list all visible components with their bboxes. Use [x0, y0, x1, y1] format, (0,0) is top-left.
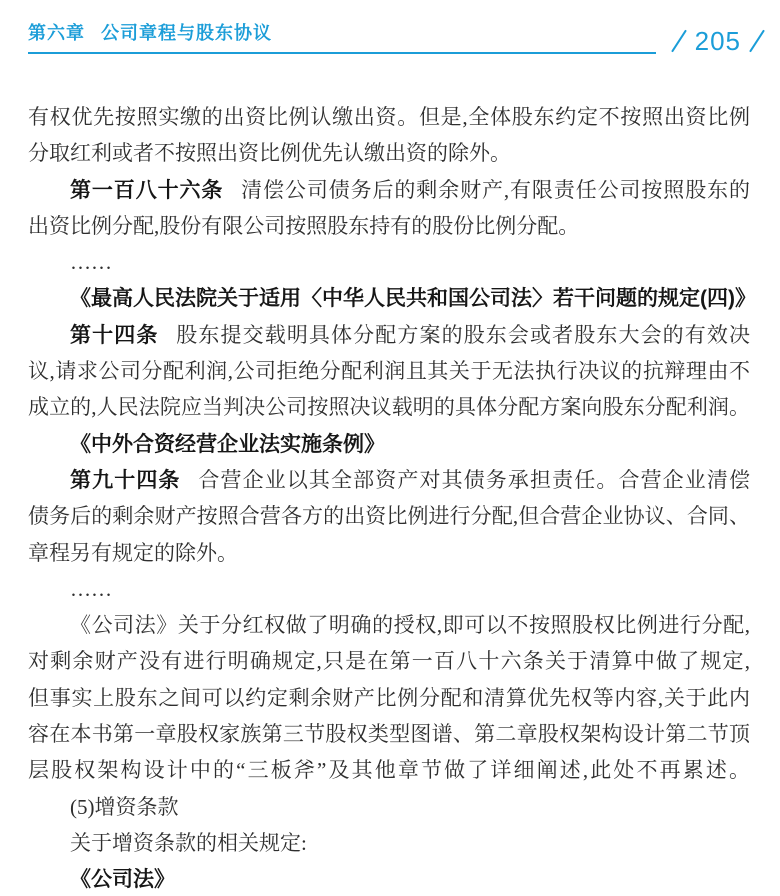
text-line: 关于增资条款的相关规定: [28, 825, 750, 861]
text-run: 但事实上股东之间可以约定剩余财产比例分配和清算优先权等内容,关于此内 [28, 686, 750, 710]
slash-mark-right [749, 30, 765, 53]
bold-run: 第九十四条 [70, 469, 181, 492]
text-run: 层股权架构设计中的“三板斧”及其他章节做了详细阐述,此处不再累述。 [28, 758, 750, 782]
text-run: 成立的,人民法院应当判决公司按照决议载明的具体分配方案向股东分配利润。 [28, 395, 750, 419]
text-line: (5)增资条款 [28, 789, 750, 825]
text-line: 但事实上股东之间可以约定剩余财产比例分配和清算优先权等内容,关于此内 [28, 680, 750, 716]
text-line: 债务后的剩余财产按照合营各方的出资比例进行分配,但合营企业协议、合同、 [28, 498, 750, 534]
text-line: 成立的,人民法院应当判决公司按照决议载明的具体分配方案向股东分配利润。 [28, 389, 750, 425]
text-line: 章程另有规定的除外。 [28, 535, 750, 571]
text-run: 出资比例分配,股份有限公司按照股东持有的股份比例分配。 [28, 214, 579, 238]
bold-run: 《公司法》 [70, 868, 175, 891]
bold-run: 《最高人民法院关于适用〈中华人民共和国公司法〉若干问题的规定(四)》 [70, 287, 756, 310]
text-line: 第九十四条合营企业以其全部资产对其债务承担责任。合营企业清偿 [28, 462, 750, 498]
text-run: 有权优先按照实缴的出资比例认缴出资。但是,全体股东约定不按照出资比例 [28, 105, 750, 129]
text-line: 容在本书第一章股权家族第三节股权类型图谱、第二章股权架构设计第二节顶 [28, 716, 750, 752]
text-run: 债务后的剩余财产按照合营各方的出资比例进行分配,但合营企业协议、合同、 [28, 504, 750, 528]
text-run: 合营企业以其全部资产对其债务承担责任。合营企业清偿 [198, 468, 750, 492]
text-line: 层股权架构设计中的“三板斧”及其他章节做了详细阐述,此处不再累述。 [28, 752, 750, 788]
text-line: 《最高人民法院关于适用〈中华人民共和国公司法〉若干问题的规定(四)》 [28, 280, 750, 316]
bold-run: 《中外合资经营企业法实施条例》 [70, 433, 385, 456]
text-run: (5)增资条款 [70, 795, 179, 819]
text-run: 《公司法》关于分红权做了明确的授权,即可以不按照股权比例进行分配, [70, 613, 750, 637]
text-line: …… [28, 571, 750, 607]
slash-mark-left [671, 30, 687, 53]
page-number-group: 205 [678, 28, 758, 54]
chapter-title: 公司章程与股东协议 [101, 23, 272, 43]
book-page: 第六章公司章程与股东协议 205 有权优先按照实缴的出资比例认缴出资。但是,全体… [0, 0, 780, 896]
text-run: 章程另有规定的除外。 [28, 541, 238, 565]
text-line: 出资比例分配,股份有限公司按照股东持有的股份比例分配。 [28, 208, 750, 244]
text-run: 清偿公司债务后的剩余财产,有限责任公司按照股东的 [241, 178, 750, 202]
text-run: 容在本书第一章股权家族第三节股权类型图谱、第二章股权架构设计第二节顶 [28, 722, 750, 746]
page-number: 205 [695, 28, 741, 54]
bold-run: 第一百八十六条 [70, 179, 223, 202]
text-run: …… [70, 250, 112, 274]
page-body: 有权优先按照实缴的出资比例认缴出资。但是,全体股东约定不按照出资比例分取红利或者… [28, 99, 750, 896]
text-line: 《公司法》关于分红权做了明确的授权,即可以不按照股权比例进行分配, [28, 607, 750, 643]
text-run: 关于增资条款的相关规定: [70, 831, 307, 855]
text-line: …… [28, 244, 750, 280]
text-run: 股东提交载明具体分配方案的股东会或者股东大会的有效决 [176, 323, 750, 347]
bold-run: 第十四条 [70, 324, 158, 347]
text-line: 有权优先按照实缴的出资比例认缴出资。但是,全体股东约定不按照出资比例 [28, 99, 750, 135]
chapter-number: 第六章 [28, 23, 85, 43]
text-line: 《公司法》 [28, 861, 750, 896]
text-line: 《中外合资经营企业法实施条例》 [28, 426, 750, 462]
text-run: 分取红利或者不按照出资比例优先认缴出资的除外。 [28, 141, 511, 165]
text-line: 第十四条股东提交载明具体分配方案的股东会或者股东大会的有效决 [28, 317, 750, 353]
text-run: 议,请求公司分配利润,公司拒绝分配利润且其关于无法执行决议的抗辩理由不 [28, 359, 750, 383]
text-line: 议,请求公司分配利润,公司拒绝分配利润且其关于无法执行决议的抗辩理由不 [28, 353, 750, 389]
text-run: …… [70, 577, 112, 601]
text-line: 分取红利或者不按照出资比例优先认缴出资的除外。 [28, 135, 750, 171]
text-run: 对剩余财产没有进行明确规定,只是在第一百八十六条关于清算中做了规定, [28, 649, 750, 673]
text-line: 对剩余财产没有进行明确规定,只是在第一百八十六条关于清算中做了规定, [28, 643, 750, 679]
text-line: 第一百八十六条清偿公司债务后的剩余财产,有限责任公司按照股东的 [28, 172, 750, 208]
chapter-heading: 第六章公司章程与股东协议 [28, 19, 272, 45]
header-rule [28, 52, 656, 54]
